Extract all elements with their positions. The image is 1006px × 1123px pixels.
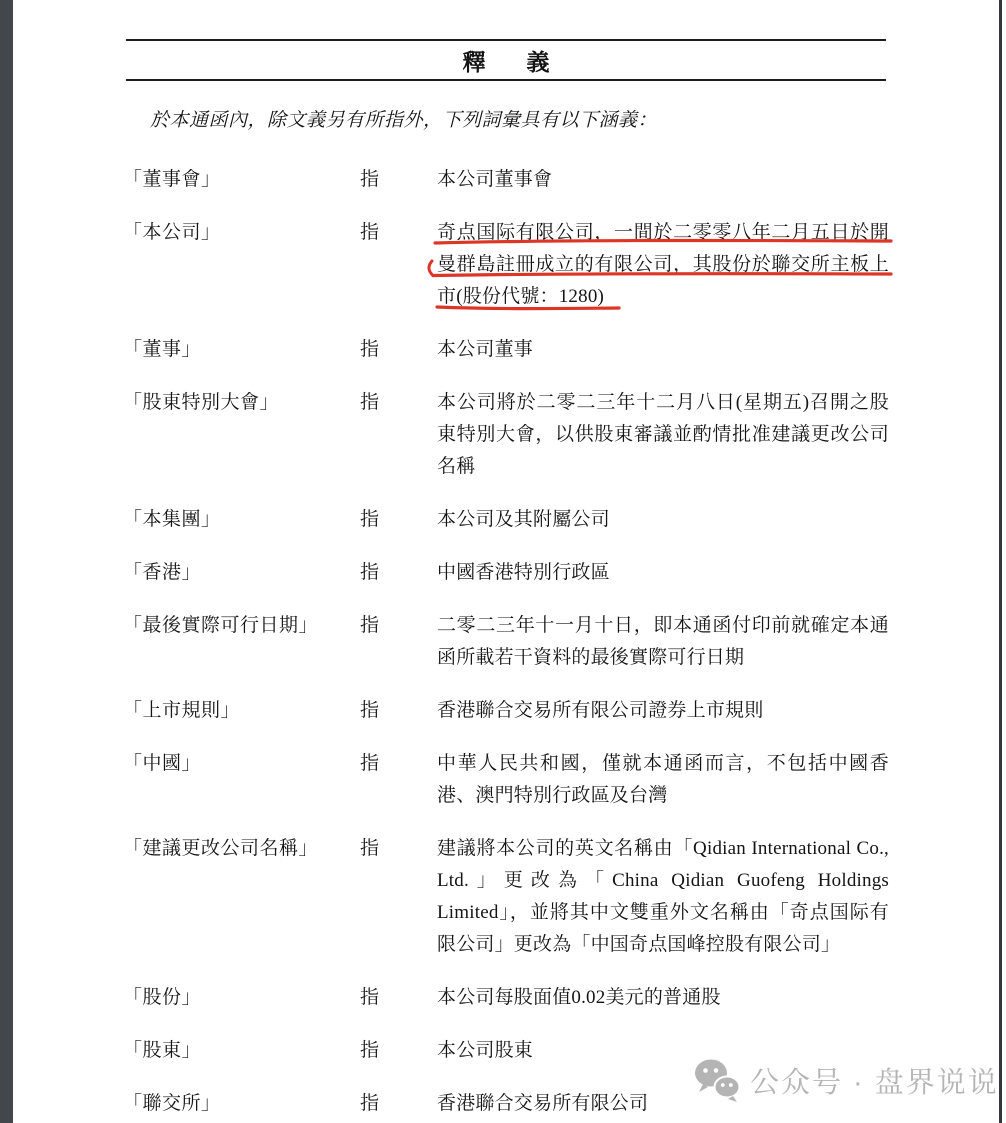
- term-label: 「香港」: [123, 557, 360, 589]
- page-title: 釋 義: [463, 44, 559, 77]
- connector-label: 指: [360, 164, 437, 196]
- definition-text: 本公司董事會: [437, 164, 889, 196]
- connector-label: 指: [360, 1035, 437, 1067]
- definition-text: 本公司每股面值0.02美元的普通股: [437, 982, 889, 1014]
- connector-label: 指: [360, 695, 437, 727]
- title-block: 釋 義: [126, 39, 886, 81]
- term-label: 「本公司」: [123, 217, 360, 313]
- definition-text: 中國香港特別行政區: [437, 557, 889, 589]
- right-edge-line: [999, 0, 1002, 1123]
- definition-text: 本公司董事: [437, 334, 889, 366]
- term-label: 「股東」: [123, 1035, 360, 1067]
- definition-row: 「最後實際可行日期」 指 二零二三年十一月十日，即本通函付印前就確定本通函所載若…: [123, 610, 889, 674]
- wechat-icon: [694, 1058, 740, 1102]
- definition-text: 中華人民共和國，僅就本通函而言，不包括中國香港、澳門特別行政區及台灣: [437, 748, 889, 812]
- definition-row: 「董事會」 指 本公司董事會: [123, 164, 889, 196]
- connector-label: 指: [360, 334, 437, 366]
- connector-label: 指: [360, 1088, 437, 1120]
- left-edge-strip: [0, 0, 13, 1123]
- connector-label: 指: [360, 833, 437, 961]
- definition-row: 「上市規則」 指 香港聯合交易所有限公司證券上市規則: [123, 695, 889, 727]
- definition-text: 香港聯合交易所有限公司證券上市規則: [437, 695, 889, 727]
- definition-row: 「本公司」 指 奇点国际有限公司，一間於二零零八年二月五日於開曼群島註冊成立的有…: [123, 217, 889, 313]
- definition-row: 「股份」 指 本公司每股面值0.02美元的普通股: [123, 982, 889, 1014]
- connector-label: 指: [360, 982, 437, 1014]
- term-label: 「中國」: [123, 748, 360, 812]
- connector-label: 指: [360, 610, 437, 674]
- term-label: 「建議更改公司名稱」: [123, 833, 360, 961]
- intro-paragraph: 於本通函內，除文義另有所指外，下列詞彙具有以下涵義：: [150, 104, 890, 137]
- connector-label: 指: [360, 748, 437, 812]
- definition-row: 「董事」 指 本公司董事: [123, 334, 889, 366]
- connector-label: 指: [360, 504, 437, 536]
- term-label: 「本集團」: [123, 504, 360, 536]
- definition-text: 二零二三年十一月十日，即本通函付印前就確定本通函所載若干資料的最後實際可行日期: [437, 610, 889, 674]
- term-label: 「董事會」: [123, 164, 360, 196]
- definition-row: 「中國」 指 中華人民共和國，僅就本通函而言，不包括中國香港、澳門特別行政區及台…: [123, 748, 889, 812]
- watermark-text: 公众号 · 盘界说说: [750, 1060, 999, 1101]
- term-label: 「上市規則」: [123, 695, 360, 727]
- definition-text-content: 奇点国际有限公司，一間於二零零八年二月五日於開曼群島註冊成立的有限公司，其股份於…: [437, 222, 889, 307]
- term-label: 「最後實際可行日期」: [123, 610, 360, 674]
- connector-label: 指: [360, 557, 437, 589]
- connector-label: 指: [360, 217, 437, 313]
- definition-row: 「香港」 指 中國香港特別行政區: [123, 557, 889, 589]
- term-label: 「股份」: [123, 982, 360, 1014]
- definition-text: 本公司將於二零二三年十二月八日(星期五)召開之股東特別大會，以供股東審議並酌情批…: [437, 387, 889, 483]
- term-label: 「股東特別大會」: [123, 387, 360, 483]
- definition-row: 「股東特別大會」 指 本公司將於二零二三年十二月八日(星期五)召開之股東特別大會…: [123, 387, 889, 483]
- definition-text: 奇点国际有限公司，一間於二零零八年二月五日於開曼群島註冊成立的有限公司，其股份於…: [437, 217, 889, 313]
- definition-row: 「建議更改公司名稱」 指 建議將本公司的英文名稱由「Qidian Interna…: [123, 833, 889, 961]
- connector-label: 指: [360, 387, 437, 483]
- definition-text: 建議將本公司的英文名稱由「Qidian International Co., L…: [437, 833, 889, 961]
- definitions-list: 「董事會」 指 本公司董事會 「本公司」 指 奇点国际有限公司，一間於二零零八年…: [123, 164, 889, 1120]
- definition-row: 「本集團」 指 本公司及其附屬公司: [123, 504, 889, 536]
- watermark: 公众号 · 盘界说说: [694, 1056, 999, 1104]
- term-label: 「董事」: [123, 334, 360, 366]
- definition-text: 本公司及其附屬公司: [437, 504, 889, 536]
- document-page: 釋 義 於本通函內，除文義另有所指外，下列詞彙具有以下涵義： 「董事會」 指 本…: [0, 0, 1006, 1123]
- term-label: 「聯交所」: [123, 1088, 360, 1120]
